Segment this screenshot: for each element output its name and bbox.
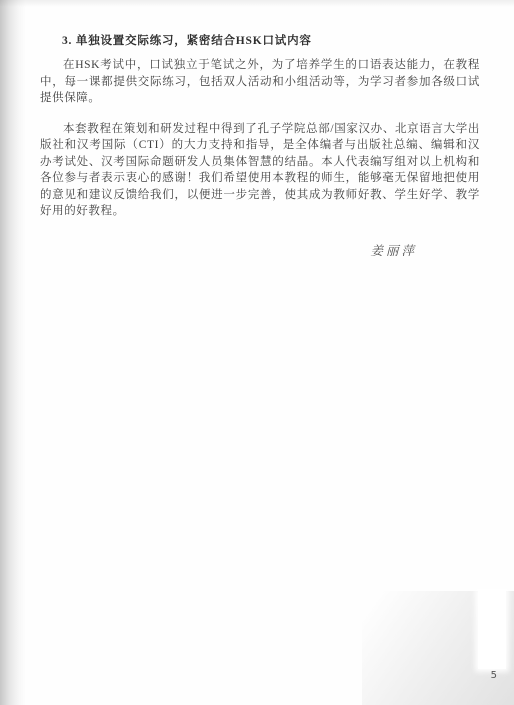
paragraph-acknowledgements: 本套教程在策划和研发过程中得到了孔子学院总部/国家汉办、北京语言大学出版社和汉考… (40, 121, 480, 220)
scanned-document-page: 3. 单独设置交际练习，紧密结合HSK口试内容 在HSK考试中，口试独立于笔试之… (0, 0, 514, 705)
page-corner-sliver (478, 591, 506, 669)
author-signature: 姜丽萍 (40, 241, 480, 259)
section-heading: 3. 单独设置交际练习，紧密结合HSK口试内容 (40, 33, 480, 49)
page-content: 3. 单独设置交际练习，紧密结合HSK口试内容 在HSK考试中，口试独立于笔试之… (40, 33, 480, 259)
top-edge-shadow (0, 0, 514, 7)
page-number: 5 (491, 670, 497, 681)
paragraph-hsk-oral-practice: 在HSK考试中，口试独立于笔试之外，为了培养学生的口语表达能力，在教程中，每一课… (40, 57, 480, 107)
binding-shadow (0, 0, 26, 705)
